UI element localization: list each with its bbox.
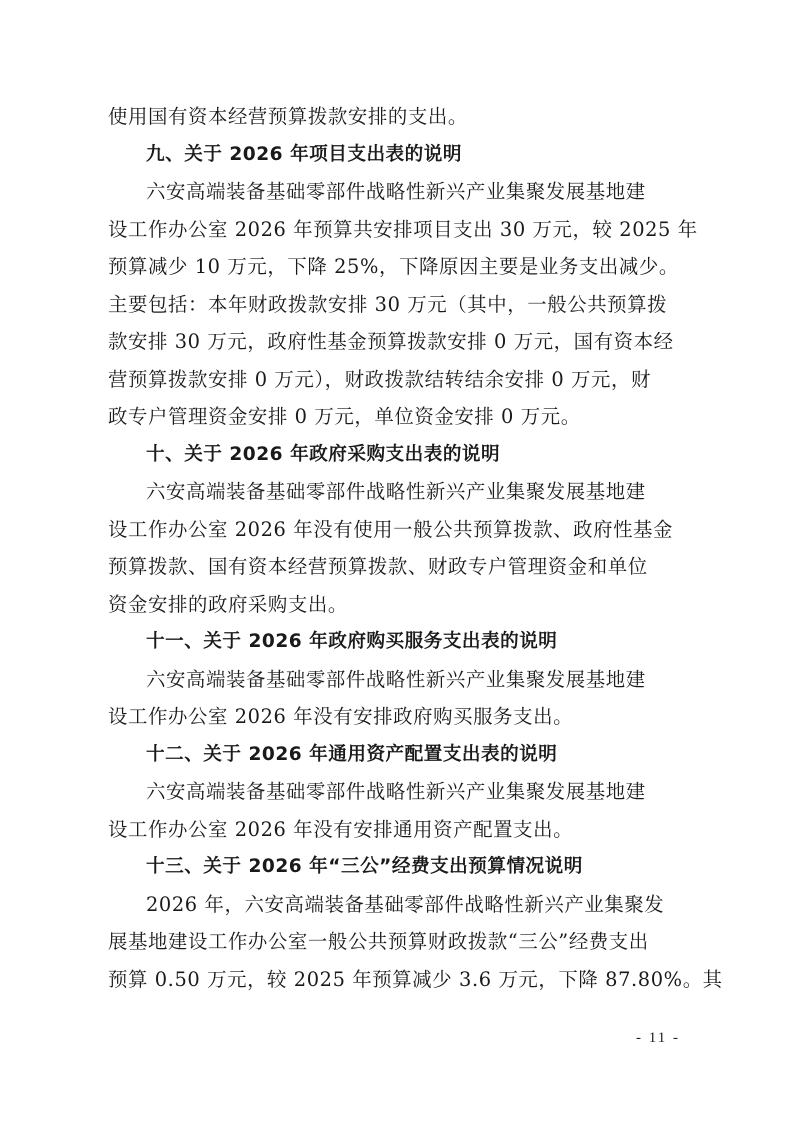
body-line: 设工作办公室 2026 年没有使用一般公共预算拨款、政府性基金: [108, 512, 673, 548]
body-line: 六安高端装备基础零部件战略性新兴产业集聚发展基地建: [146, 474, 646, 510]
body-line: 设工作办公室 2026 年没有安排通用资产配置支出。: [108, 812, 573, 848]
body-line: 预算拨款、国有资本经营预算拨款、财政专户管理资金和单位: [108, 549, 648, 585]
section-heading-10: 十、关于 2026 年政府采购支出表的说明: [146, 437, 500, 473]
section-heading-11: 十一、关于 2026 年政府购买服务支出表的说明: [146, 624, 557, 660]
body-line: 主要包括：本年财政拨款安排 30 万元（其中，一般公共预算拨: [108, 287, 667, 323]
section-heading-13: 十三、关于 2026 年“三公”经费支出预算情况说明: [146, 849, 583, 885]
section-heading-9: 九、关于 2026 年项目支出表的说明: [146, 137, 462, 173]
body-line: 资金安排的政府采购支出。: [108, 587, 348, 623]
body-line: 设工作办公室 2026 年预算共安排项目支出 30 万元，较 2025 年: [108, 212, 698, 248]
body-line: 展基地建设工作办公室一般公共预算财政拨款“三公”经费支出: [108, 924, 649, 960]
body-line: 政专户管理资金安排 0 万元，单位资金安排 0 万元。: [108, 399, 581, 435]
body-line: 预算减少 10 万元，下降 25%，下降原因主要是业务支出减少。: [108, 249, 679, 285]
body-line: 营预算拨款安排 0 万元），财政拨款结转结余安排 0 万元，财: [108, 362, 651, 398]
body-line: 款安排 30 万元，政府性基金预算拨款安排 0 万元，国有资本经: [108, 324, 674, 360]
body-line: 预算 0.50 万元，较 2025 年预算减少 3.6 万元，下降 87.80%…: [108, 962, 723, 998]
body-line: 六安高端装备基础零部件战略性新兴产业集聚发展基地建: [146, 174, 646, 210]
body-line: 设工作办公室 2026 年没有安排政府购买服务支出。: [108, 699, 573, 735]
body-line: 六安高端装备基础零部件战略性新兴产业集聚发展基地建: [146, 774, 646, 810]
body-line: 2026 年，六安高端装备基础零部件战略性新兴产业集聚发: [146, 887, 664, 923]
page-number: - 11 -: [636, 1030, 680, 1047]
body-line: 六安高端装备基础零部件战略性新兴产业集聚发展基地建: [146, 662, 646, 698]
section-heading-12: 十二、关于 2026 年通用资产配置支出表的说明: [146, 737, 557, 773]
body-line: 使用国有资本经营预算拨款安排的支出。: [108, 99, 468, 135]
